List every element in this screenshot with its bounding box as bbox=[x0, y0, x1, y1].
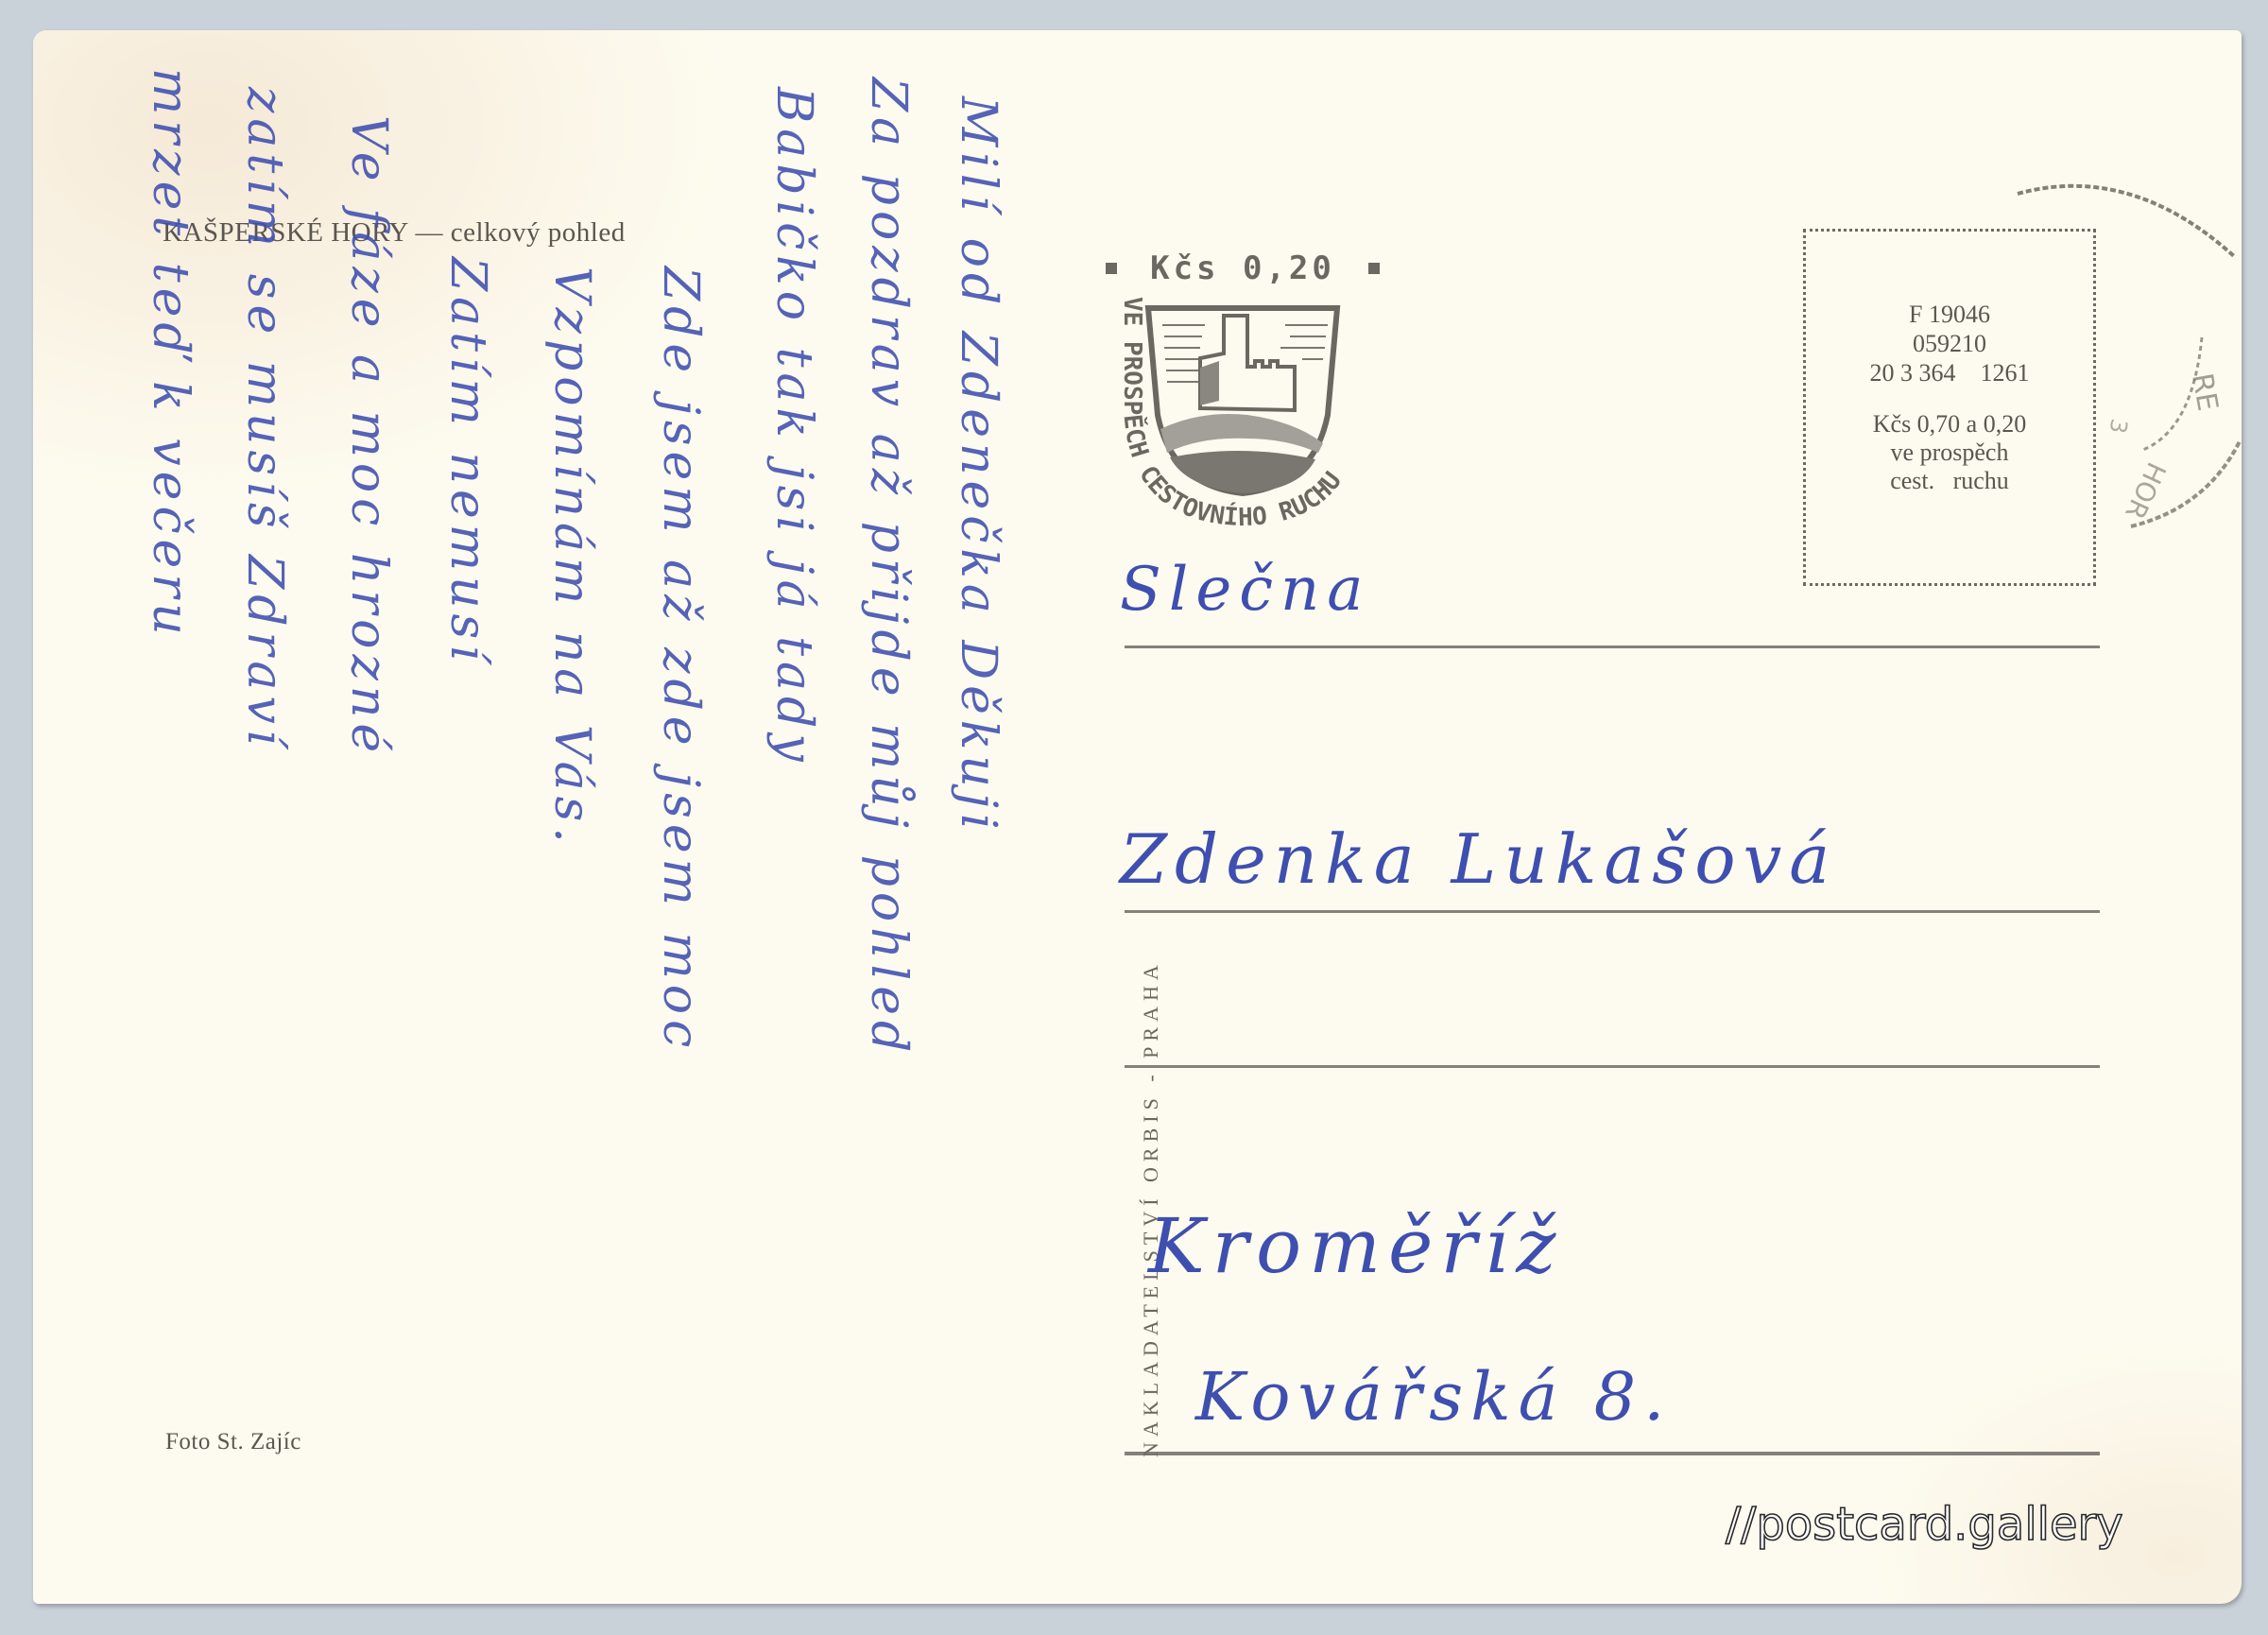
postmark-icon: RE HOR 3 bbox=[1999, 167, 2242, 583]
address-line bbox=[1125, 1452, 2100, 1455]
message-column: Vzpomínám na Vás. bbox=[543, 267, 600, 849]
address-street: Kovářská 8. bbox=[1195, 1358, 1672, 1436]
message-column: Milí od Zdenečka Děkuji bbox=[950, 96, 1006, 835]
message-column: Babičko tak jsi já tady bbox=[765, 87, 822, 767]
address-recipient: Zdenka Lukašová bbox=[1120, 819, 1837, 899]
photo-credit: Foto St. Zajíc bbox=[165, 1429, 301, 1455]
address-line bbox=[1125, 645, 2100, 648]
address-line bbox=[1125, 910, 2100, 913]
message-column: zatím se musíš Zdraví bbox=[236, 87, 293, 750]
castle-shield-icon: VE PROSPĚCH CESTOVNÍHO RUCHU bbox=[1096, 250, 1389, 533]
message-column: Za pozdrav až přijde můj pohled bbox=[860, 77, 917, 1058]
watermark: //postcard.gallery bbox=[1726, 1498, 2123, 1551]
message-column: Zde jsem až zde jsem moc bbox=[652, 267, 709, 1053]
svg-text:RE: RE bbox=[2185, 370, 2224, 413]
address-salutation: Slečna bbox=[1120, 555, 1370, 625]
tourism-stamp: Kčs 0,20 VE PROSPĚCH CESTOVNÍHO RUCHU bbox=[1096, 250, 1389, 533]
postcard-back: KAŠPERSKÉ HORY — celkový pohled Foto St.… bbox=[33, 30, 2242, 1604]
message-column: Zatím nemusí bbox=[439, 257, 496, 666]
message-column: mrzet teď k večeru bbox=[142, 68, 198, 641]
svg-text:3: 3 bbox=[2104, 417, 2132, 436]
address-line bbox=[1125, 1065, 2100, 1068]
address-city: Kroměříž bbox=[1148, 1202, 1563, 1290]
message-column: Ve fáze a moc hrozné bbox=[340, 115, 397, 758]
